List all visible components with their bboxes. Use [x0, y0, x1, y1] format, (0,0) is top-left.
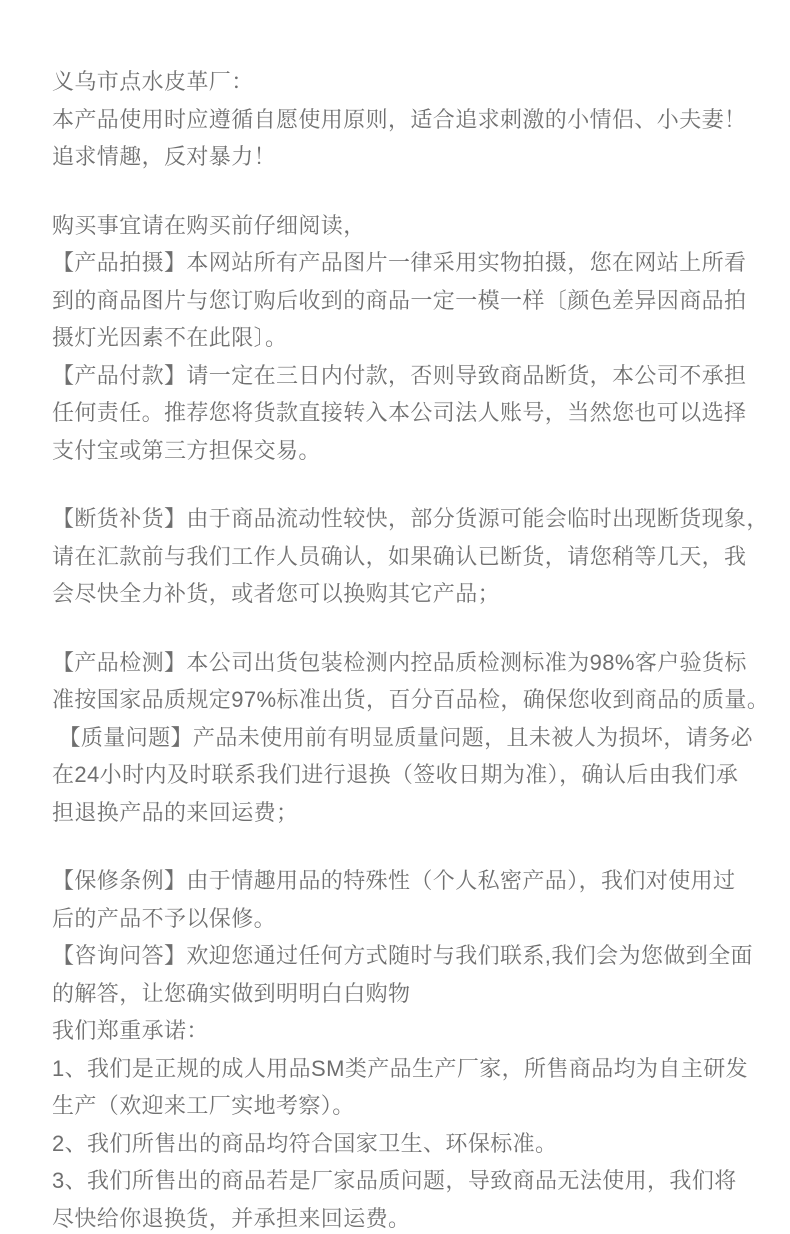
text-line: 【产品检测】本公司出货包装检测内控品质检测标准为98%客户验货标	[52, 644, 750, 682]
promise-item-line: 2、我们所售出的商品均符合国家卫生、环保标准。	[52, 1125, 750, 1163]
text-line: 【断货补货】由于商品流动性较快，部分货源可能会临时出现断货现象，	[52, 500, 750, 538]
text-line: 支付宝或第三方担保交易。	[52, 432, 750, 470]
paragraph-inspection-quality: 【产品检测】本公司出货包装检测内控品质检测标准为98%客户验货标 准按国家品质规…	[52, 644, 750, 832]
text-line: 后的产品不予以保修。	[52, 900, 750, 938]
promise-heading-line: 我们郑重承诺：	[52, 1012, 750, 1050]
paragraph-warranty-promises: 【保修条例】由于情趣用品的特殊性（个人私密产品），我们对使用过 后的产品不予以保…	[52, 862, 750, 1234]
text-line: 【产品付款】请一定在三日内付款，否则导致商品断货，本公司不承担	[52, 357, 750, 395]
text-line: 担退换产品的来回运费；	[52, 794, 750, 832]
paragraph-intro: 义乌市点水皮革厂： 本产品使用时应遵循自愿使用原则，适合追求刺激的小情侣、小夫妻…	[52, 63, 750, 176]
paragraph-restock: 【断货补货】由于商品流动性较快，部分货源可能会临时出现断货现象， 请在汇款前与我…	[52, 500, 750, 613]
factory-name-line: 义乌市点水皮革厂：	[52, 63, 750, 101]
promise-item-line: 生产（欢迎来工厂实地考察）。	[52, 1087, 750, 1125]
text-line: 到的商品图片与您订购后收到的商品一定一模一样〔颜色差异因商品拍	[52, 282, 750, 320]
paragraph-purchase-notes: 购买事宜请在购买前仔细阅读， 【产品拍摄】本网站所有产品图片一律采用实物拍摄，您…	[52, 207, 750, 470]
promise-item-line: 尽快给你退换货，并承担来回运费。	[52, 1200, 750, 1234]
text-line: 请在汇款前与我们工作人员确认，如果确认已断货，请您稍等几天，我	[52, 538, 750, 576]
text-line: 本产品使用时应遵循自愿使用原则，适合追求刺激的小情侣、小夫妻！	[52, 101, 750, 139]
text-line: 在24小时内及时联系我们进行退换（签收日期为准），确认后由我们承	[52, 756, 750, 794]
text-line: 追求情趣，反对暴力！	[52, 138, 750, 176]
product-description-document: 义乌市点水皮革厂： 本产品使用时应遵循自愿使用原则，适合追求刺激的小情侣、小夫妻…	[0, 0, 790, 1234]
promise-item-line: 3、我们所售出的商品若是厂家品质问题，导致商品无法使用，我们将	[52, 1162, 750, 1200]
text-line: 会尽快全力补货，或者您可以换购其它产品；	[52, 575, 750, 613]
text-line: 任何责任。推荐您将货款直接转入本公司法人账号，当然您也可以选择	[52, 394, 750, 432]
text-line: 【质量问题】产品未使用前有明显质量问题，且未被人为损坏，请务必	[52, 719, 750, 757]
text-line: 【保修条例】由于情趣用品的特殊性（个人私密产品），我们对使用过	[52, 862, 750, 900]
text-line: 的解答，让您确实做到明明白白购物	[52, 975, 750, 1013]
text-line: 准按国家品质规定97%标准出货，百分百品检，确保您收到商品的质量。	[52, 681, 750, 719]
promise-item-line: 1、我们是正规的成人用品SM类产品生产厂家，所售商品均为自主研发	[52, 1050, 750, 1088]
text-line: 【产品拍摄】本网站所有产品图片一律采用实物拍摄，您在网站上所看	[52, 244, 750, 282]
text-line: 摄灯光因素不在此限〕。	[52, 319, 750, 357]
text-line: 【咨询问答】欢迎您通过任何方式随时与我们联系,我们会为您做到全面	[52, 937, 750, 975]
text-line: 购买事宜请在购买前仔细阅读，	[52, 207, 750, 245]
